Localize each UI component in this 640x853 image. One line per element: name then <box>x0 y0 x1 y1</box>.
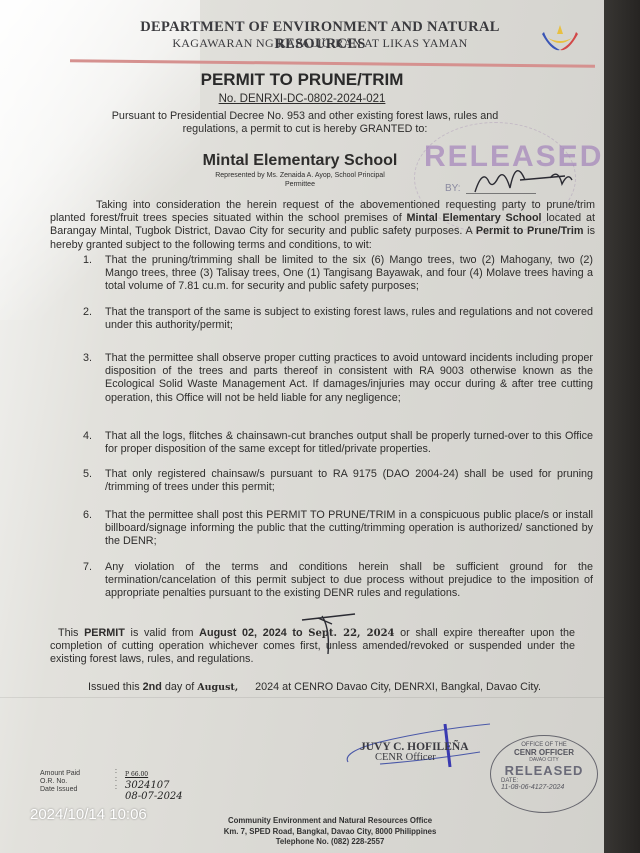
condition-item: 1. That the pruning/trimming shall be li… <box>105 254 593 294</box>
cenro-released-stamp: OFFICE OF THE CENR OFFICER DAVAO CITY RE… <box>490 735 598 813</box>
paper-fold <box>0 697 604 698</box>
issued-day: 2nd <box>143 681 162 693</box>
validity-permit-word: PERMIT <box>84 627 125 639</box>
agency-name-tagalog: KAGAWARAN NG KAPALIGIRAN AT LIKAS YAMAN <box>110 36 530 51</box>
validity-from-date: August 02, 2024 <box>199 627 287 639</box>
consideration-school: Mintal Elementary School <box>407 212 542 224</box>
stamp-officer-line: CENR OFFICER <box>491 748 597 757</box>
photo-timestamp: 2024/10/14 10:06 <box>30 806 147 823</box>
fees-colons: ::: <box>115 768 117 792</box>
signatory-title: CENR Officer <box>375 752 436 763</box>
issued-text: Issued this <box>88 681 140 693</box>
condition-text: That the pruning/trimming shall be limit… <box>105 254 593 292</box>
issued-paragraph: Issued this 2nd day of August, 2024 at C… <box>50 681 575 694</box>
footer-office: Community Environment and Natural Resour… <box>180 816 480 827</box>
condition-number: 7. <box>83 561 92 574</box>
condition-number: 1. <box>83 254 92 267</box>
document-title: PERMIT TO PRUNE/TRIM <box>0 70 604 90</box>
condition-item: 2. That the transport of the same is sub… <box>105 306 593 332</box>
stamp-handwritten-date: 11-08-06-4127-2024 <box>491 784 597 791</box>
amount-paid-label: Amount Paid <box>40 770 80 778</box>
stamp-status: RELEASED <box>491 763 597 778</box>
condition-number: 3. <box>83 352 92 365</box>
date-issued-label: Date Issued <box>40 786 80 794</box>
released-by-label: BY: <box>445 183 461 194</box>
footer-phone: Telephone No. (082) 228-2557 <box>180 837 480 848</box>
validity-text: is valid from <box>125 627 199 639</box>
issued-month: August, <box>197 682 238 693</box>
condition-text: That the permittee shall post this PERMI… <box>105 509 593 547</box>
amount-paid-value: P 66.00 <box>125 769 183 780</box>
footer-address: Km. 7, SPED Road, Bangkal, Davao City, 8… <box>180 827 480 838</box>
condition-item: 3. That the permittee shall observe prop… <box>105 352 593 405</box>
bagong-pilipinas-logo-icon <box>538 22 582 56</box>
or-no-label: O.R. No. <box>40 778 80 786</box>
consideration-permit-type: Permit to Prune/Trim <box>476 225 584 237</box>
condition-number: 5. <box>83 468 92 481</box>
permit-document: DEPARTMENT OF ENVIRONMENT AND NATURAL RE… <box>0 0 604 853</box>
fees-labels: Amount Paid O.R. No. Date Issued <box>40 770 80 794</box>
condition-item: 4. That all the logs, flitches & chainsa… <box>105 430 593 456</box>
released-signature-icon <box>470 150 575 200</box>
initial-mark-icon <box>300 610 360 660</box>
office-footer: Community Environment and Natural Resour… <box>180 816 480 848</box>
issued-text: day of <box>165 681 194 693</box>
validity-text: This <box>58 627 84 639</box>
condition-text: That the permittee shall observe proper … <box>105 352 593 404</box>
condition-item: 5. That only registered chainsaw/s pursu… <box>105 468 593 494</box>
condition-number: 2. <box>83 306 92 319</box>
condition-text: That all the logs, flitches & chainsawn-… <box>105 430 593 455</box>
permit-number: No. DENRXI-DC-0802-2024-021 <box>0 93 604 105</box>
background-surface <box>600 0 640 853</box>
or-no-value: 3024107 <box>125 780 183 791</box>
condition-item: 7. Any violation of the terms and condit… <box>105 561 593 601</box>
consideration-paragraph: Taking into consideration the herein req… <box>50 199 595 252</box>
condition-text: That only registered chainsaw/s pursuant… <box>105 468 593 493</box>
condition-text: Any violation of the terms and condition… <box>105 561 593 599</box>
condition-item: 6. That the permittee shall post this PE… <box>105 509 593 549</box>
condition-text: That the transport of the same is subjec… <box>105 306 593 331</box>
issued-place: 2024 at CENRO Davao City, DENRXI, Bangka… <box>255 681 541 693</box>
header-divider <box>70 59 595 67</box>
date-issued-value: 08-07-2024 <box>125 791 183 802</box>
condition-number: 6. <box>83 509 92 522</box>
condition-number: 4. <box>83 430 92 443</box>
fees-values: P 66.00 3024107 08-07-2024 <box>125 769 183 802</box>
